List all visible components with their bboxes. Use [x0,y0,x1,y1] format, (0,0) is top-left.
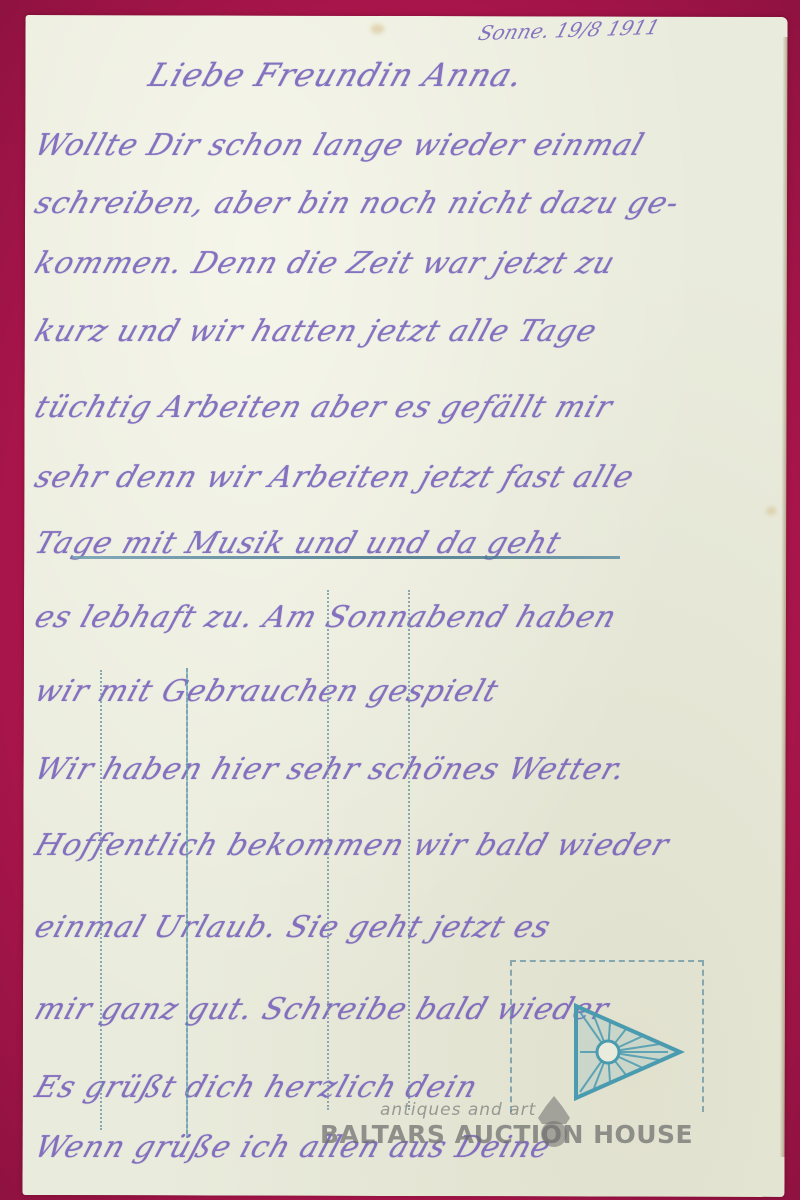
handwritten-line: schreiben, aber bin noch nicht dazu ge- [30,186,787,221]
handwritten-line: kommen. Denn die Zeit war jetzt zu [30,246,787,281]
handwritten-line: kurz und wir hatten jetzt alle Tage [30,314,787,349]
printed-divider-line [72,556,620,559]
age-stain [766,507,776,515]
printed-vertical-line [186,668,188,1138]
handwritten-line: sehr denn wir Arbeiten jetzt fast alle [30,460,787,495]
triangle-stamp-icon [568,1002,688,1102]
handwritten-greeting: Liebe Freundin Anna. [144,56,788,94]
printed-dotted-guide [408,590,410,1110]
handwritten-line: tüchtig Arbeiten aber es gefällt mir [30,390,787,425]
handwritten-line: Wollte Dir schon lange wieder einmal [30,128,787,163]
printed-dotted-guide [100,670,102,1130]
handwritten-line: Wenn grüße ich allen aus Deine [30,1130,787,1165]
printed-dotted-guide [327,590,329,1110]
age-stain [370,24,384,34]
